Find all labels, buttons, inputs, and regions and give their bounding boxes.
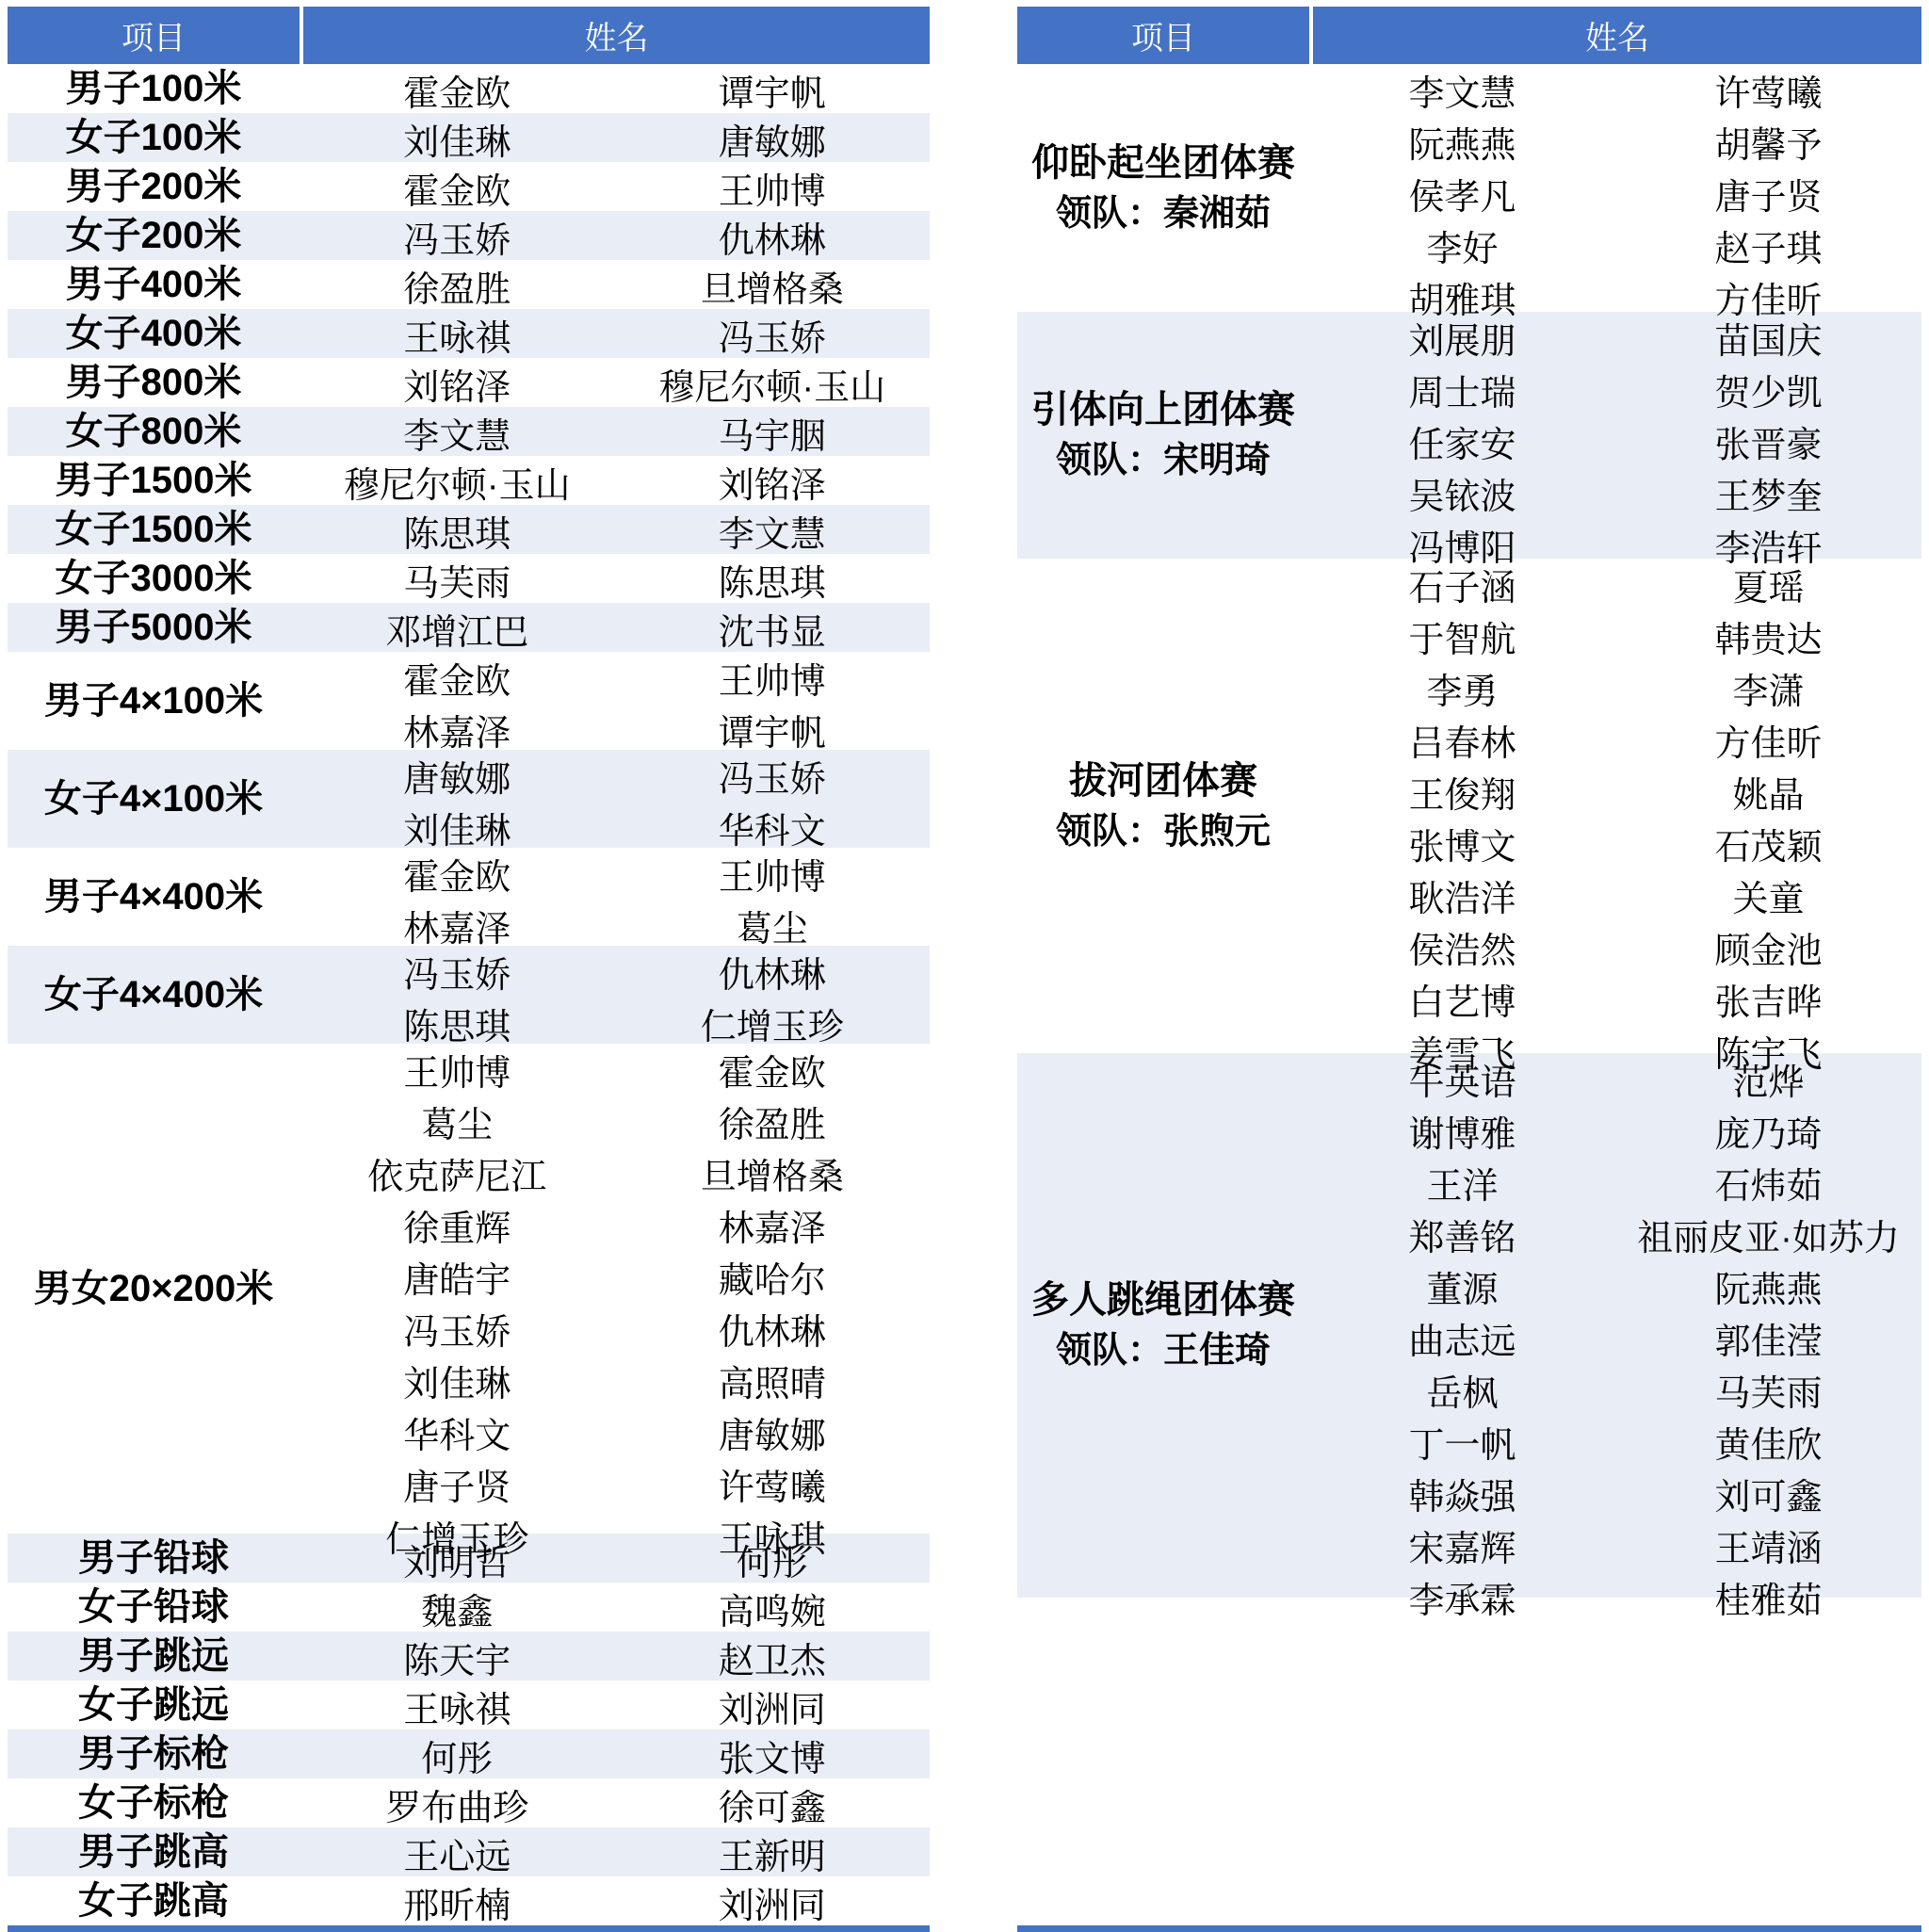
event-row: 男子标枪何彤张文博 bbox=[8, 1729, 930, 1778]
name-line: 唐子贤许莺曦 bbox=[300, 1458, 930, 1510]
left-table-header: 项目 姓名 bbox=[8, 7, 930, 64]
event-row: 男女20×200米王帅博霍金欧葛尘徐盈胜依克萨尼江旦增格桑徐重辉林嘉泽唐皓宇藏哈… bbox=[8, 1044, 930, 1534]
athlete-name: 徐重辉 bbox=[300, 1199, 615, 1251]
name-line: 李文慧许莺曦 bbox=[1309, 64, 1921, 116]
event-row: 女子铅球魏鑫高鸣婉 bbox=[8, 1583, 930, 1632]
athlete-name: 张文博 bbox=[615, 1729, 931, 1781]
athlete-name: 邓增江巴 bbox=[300, 603, 615, 655]
event-row: 女子4×100米唐敏娜冯玉娇刘佳琳华科文 bbox=[8, 750, 930, 848]
athlete-name: 王帅博 bbox=[615, 162, 931, 214]
names-area: 霍金欧王帅博 bbox=[300, 162, 930, 211]
athlete-name: 陈天宇 bbox=[300, 1632, 615, 1683]
name-line: 李好赵子琪 bbox=[1309, 219, 1921, 271]
athlete-name: 张博文 bbox=[1309, 818, 1615, 869]
name-line: 唐敏娜冯玉娇 bbox=[300, 750, 930, 802]
athlete-name: 于智航 bbox=[1309, 610, 1615, 662]
name-line: 葛尘徐盈胜 bbox=[300, 1096, 930, 1147]
name-line: 王心远王新明 bbox=[300, 1827, 930, 1879]
athlete-name: 董源 bbox=[1309, 1260, 1615, 1312]
name-line: 冯玉娇仇林琳 bbox=[300, 1303, 930, 1355]
name-line: 谢博雅庞乃琦 bbox=[1309, 1105, 1921, 1157]
athlete-name: 李文慧 bbox=[615, 505, 931, 557]
athlete-name: 吴铱波 bbox=[1309, 467, 1615, 519]
athlete-name: 旦增格桑 bbox=[615, 260, 931, 312]
team-event-name: 仰卧起坐团体赛 bbox=[1031, 137, 1295, 189]
athlete-name: 石子涵 bbox=[1309, 559, 1615, 610]
event-label: 男子800米 bbox=[8, 358, 300, 407]
name-line: 何彤张文博 bbox=[300, 1729, 930, 1781]
athlete-name: 王帅博 bbox=[615, 848, 931, 900]
event-row: 男子400米徐盈胜旦增格桑 bbox=[8, 260, 930, 309]
event-label: 男子铅球 bbox=[8, 1534, 300, 1583]
name-line: 董源阮燕燕 bbox=[1309, 1260, 1921, 1312]
athlete-name: 唐敏娜 bbox=[300, 750, 615, 802]
athlete-name: 曲志远 bbox=[1309, 1312, 1615, 1364]
event-label: 男子1500米 bbox=[8, 456, 300, 505]
athlete-name: 徐盈胜 bbox=[615, 1096, 931, 1147]
name-line: 刘佳琳高照晴 bbox=[300, 1355, 930, 1406]
names-area: 陈天宇赵卫杰 bbox=[300, 1632, 930, 1680]
athlete-name: 唐子贤 bbox=[300, 1458, 615, 1510]
athlete-name: 旦增格桑 bbox=[615, 1147, 931, 1199]
header-name-column: 姓名 bbox=[303, 7, 930, 64]
name-line: 邓增江巴沈书显 bbox=[300, 603, 930, 655]
names-area: 冯玉娇仇林琳陈思琪仁增玉珍 bbox=[300, 946, 930, 1044]
athlete-name: 马宇胭 bbox=[615, 407, 931, 459]
athlete-name: 吕春林 bbox=[1309, 714, 1615, 766]
event-row: 男子铅球刘明哲何彤 bbox=[8, 1534, 930, 1583]
name-line: 林嘉泽葛尘 bbox=[300, 900, 930, 951]
athlete-name: 丁一帆 bbox=[1309, 1416, 1615, 1468]
next-section-header-strip bbox=[8, 1925, 930, 1932]
athlete-name: 华科文 bbox=[615, 802, 931, 853]
right-team-table: 项目 姓名 仰卧起坐团体赛领队：秦湘茹李文慧许莺曦阮燕燕胡馨予侯孝凡唐子贤李好赵… bbox=[1017, 7, 1921, 1598]
name-line: 耿浩洋关童 bbox=[1309, 869, 1921, 921]
name-line: 侯孝凡唐子贤 bbox=[1309, 168, 1921, 219]
names-area: 王心远王新明 bbox=[300, 1827, 930, 1876]
athlete-name: 刘铭泽 bbox=[615, 456, 931, 508]
athlete-name: 陈思琪 bbox=[300, 505, 615, 557]
athlete-name: 赵子琪 bbox=[1615, 219, 1921, 271]
athlete-name: 牛英语 bbox=[1309, 1053, 1615, 1105]
team-group-row: 多人跳绳团体赛领队：王佳琦牛英语范烨谢博雅庞乃琦王洋石炜茹郑善铭祖丽皮亚·如苏力… bbox=[1017, 1053, 1921, 1598]
athlete-name: 沈书显 bbox=[615, 603, 931, 655]
name-line: 徐盈胜旦增格桑 bbox=[300, 260, 930, 312]
event-row: 女子4×400米冯玉娇仇林琳陈思琪仁增玉珍 bbox=[8, 946, 930, 1044]
left-table-body: 男子100米霍金欧谭宇帆女子100米刘佳琳唐敏娜男子200米霍金欧王帅博女子20… bbox=[8, 64, 930, 1925]
athlete-name: 王靖涵 bbox=[1615, 1519, 1921, 1571]
athlete-name: 白艺博 bbox=[1309, 973, 1615, 1025]
athlete-name: 霍金欧 bbox=[300, 848, 615, 900]
athlete-name: 许莺曦 bbox=[1615, 64, 1921, 116]
event-row: 女子1500米陈思琪李文慧 bbox=[8, 505, 930, 554]
name-line: 侯浩然顾金池 bbox=[1309, 921, 1921, 973]
athlete-name: 谭宇帆 bbox=[615, 64, 931, 116]
name-line: 张博文石茂颖 bbox=[1309, 818, 1921, 869]
name-line: 霍金欧谭宇帆 bbox=[300, 64, 930, 116]
athlete-name: 顾金池 bbox=[1615, 921, 1921, 973]
name-line: 郑善铭祖丽皮亚·如苏力 bbox=[1309, 1209, 1921, 1260]
athlete-name: 韩焱强 bbox=[1309, 1468, 1615, 1519]
name-line: 吕春林方佳昕 bbox=[1309, 714, 1921, 766]
names-area: 牛英语范烨谢博雅庞乃琦王洋石炜茹郑善铭祖丽皮亚·如苏力董源阮燕燕曲志远郭佳滢岳枫… bbox=[1309, 1053, 1921, 1598]
athlete-name: 刘洲同 bbox=[615, 1876, 931, 1928]
roster-page: 项目 姓名 男子100米霍金欧谭宇帆女子100米刘佳琳唐敏娜男子200米霍金欧王… bbox=[0, 0, 1929, 1932]
athlete-name: 仇林琳 bbox=[615, 1303, 931, 1355]
names-area: 王帅博霍金欧葛尘徐盈胜依克萨尼江旦增格桑徐重辉林嘉泽唐皓宇藏哈尔冯玉娇仇林琳刘佳… bbox=[300, 1044, 930, 1534]
event-row: 男子跳远陈天宇赵卫杰 bbox=[8, 1632, 930, 1680]
name-line: 王帅博霍金欧 bbox=[300, 1044, 930, 1096]
athlete-name: 唐皓宇 bbox=[300, 1251, 615, 1303]
event-row: 女子800米李文慧马宇胭 bbox=[8, 407, 930, 456]
event-row: 男子4×100米霍金欧王帅博林嘉泽谭宇帆 bbox=[8, 652, 930, 750]
athlete-name: 李文慧 bbox=[1309, 64, 1615, 116]
event-row: 男子5000米邓增江巴沈书显 bbox=[8, 603, 930, 652]
name-line: 王咏祺刘洲同 bbox=[300, 1680, 930, 1732]
event-label: 女子4×400米 bbox=[8, 946, 300, 1044]
athlete-name: 马芙雨 bbox=[300, 554, 615, 606]
athlete-name: 马芙雨 bbox=[1615, 1364, 1921, 1416]
athlete-name: 赵卫杰 bbox=[615, 1632, 931, 1683]
name-line: 刘佳琳华科文 bbox=[300, 802, 930, 853]
name-line: 王咏祺冯玉娇 bbox=[300, 309, 930, 361]
athlete-name: 葛尘 bbox=[300, 1096, 615, 1147]
athlete-name: 穆尼尔顿·玉山 bbox=[615, 358, 931, 410]
athlete-name: 冯玉娇 bbox=[300, 211, 615, 263]
name-line: 马芙雨陈思琪 bbox=[300, 554, 930, 606]
header-name-column: 姓名 bbox=[1313, 7, 1921, 64]
athlete-name: 李潇 bbox=[1615, 662, 1921, 714]
names-area: 唐敏娜冯玉娇刘佳琳华科文 bbox=[300, 750, 930, 848]
team-leader: 领队：宋明琦 bbox=[1056, 436, 1271, 486]
event-label: 女子100米 bbox=[8, 113, 300, 162]
header-event-column: 项目 bbox=[8, 7, 300, 64]
name-line: 石子涵夏瑶 bbox=[1309, 559, 1921, 610]
name-line: 陈思琪李文慧 bbox=[300, 505, 930, 557]
event-row: 女子100米刘佳琳唐敏娜 bbox=[8, 113, 930, 162]
athlete-name: 郭佳滢 bbox=[1615, 1312, 1921, 1364]
team-event-label: 引体向上团体赛领队：宋明琦 bbox=[1017, 312, 1309, 560]
athlete-name: 阮燕燕 bbox=[1309, 116, 1615, 168]
names-area: 霍金欧王帅博林嘉泽葛尘 bbox=[300, 848, 930, 946]
athlete-name: 王咏祺 bbox=[300, 1680, 615, 1732]
event-row: 男子4×400米霍金欧王帅博林嘉泽葛尘 bbox=[8, 848, 930, 946]
names-area: 霍金欧谭宇帆 bbox=[300, 64, 930, 113]
name-line: 华科文唐敏娜 bbox=[300, 1406, 930, 1458]
name-line: 陈思琪仁增玉珍 bbox=[300, 998, 930, 1049]
names-area: 何彤张文博 bbox=[300, 1729, 930, 1778]
athlete-name: 霍金欧 bbox=[300, 162, 615, 214]
athlete-name: 祖丽皮亚·如苏力 bbox=[1615, 1209, 1921, 1260]
athlete-name: 刘佳琳 bbox=[300, 802, 615, 853]
event-row: 女子标枪罗布曲珍徐可鑫 bbox=[8, 1778, 930, 1827]
event-row: 女子跳高邢昕楠刘洲同 bbox=[8, 1876, 930, 1925]
athlete-name: 张晋豪 bbox=[1615, 415, 1921, 467]
athlete-name: 耿浩洋 bbox=[1309, 869, 1615, 921]
team-event-name: 拔河团体赛 bbox=[1069, 755, 1257, 807]
names-area: 徐盈胜旦增格桑 bbox=[300, 260, 930, 309]
athlete-name: 华科文 bbox=[300, 1406, 615, 1458]
athlete-name: 石炜茹 bbox=[1615, 1157, 1921, 1209]
athlete-name: 岳枫 bbox=[1309, 1364, 1615, 1416]
event-label: 男子4×400米 bbox=[8, 848, 300, 946]
event-row: 女子跳远王咏祺刘洲同 bbox=[8, 1680, 930, 1729]
athlete-name: 范烨 bbox=[1615, 1053, 1921, 1105]
name-line: 周士瑞贺少凯 bbox=[1309, 364, 1921, 415]
event-label: 女子1500米 bbox=[8, 505, 300, 554]
names-area: 王咏祺冯玉娇 bbox=[300, 309, 930, 358]
name-line: 宋嘉辉王靖涵 bbox=[1309, 1519, 1921, 1571]
name-line: 于智航韩贵达 bbox=[1309, 610, 1921, 662]
athlete-name: 谢博雅 bbox=[1309, 1105, 1615, 1157]
event-label: 女子跳远 bbox=[8, 1680, 300, 1729]
names-area: 马芙雨陈思琪 bbox=[300, 554, 930, 603]
athlete-name: 唐敏娜 bbox=[615, 113, 931, 165]
name-line: 刘佳琳唐敏娜 bbox=[300, 113, 930, 165]
event-label: 女子跳高 bbox=[8, 1876, 300, 1925]
athlete-name: 夏瑶 bbox=[1615, 559, 1921, 610]
name-line: 徐重辉林嘉泽 bbox=[300, 1199, 930, 1251]
event-label: 男子200米 bbox=[8, 162, 300, 211]
event-label: 女子800米 bbox=[8, 407, 300, 456]
athlete-name: 王新明 bbox=[615, 1827, 931, 1879]
athlete-name: 冯玉娇 bbox=[300, 946, 615, 998]
event-label: 男子跳高 bbox=[8, 1827, 300, 1876]
name-line: 冯玉娇仇林琳 bbox=[300, 946, 930, 998]
athlete-name: 陈思琪 bbox=[300, 998, 615, 1049]
athlete-name: 任家安 bbox=[1309, 415, 1615, 467]
event-label: 女子200米 bbox=[8, 211, 300, 260]
names-area: 李文慧许莺曦阮燕燕胡馨予侯孝凡唐子贤李好赵子琪胡雅琪方佳昕 bbox=[1309, 64, 1921, 312]
athlete-name: 陈思琪 bbox=[615, 554, 931, 606]
athlete-name: 王心远 bbox=[300, 1827, 615, 1879]
name-line: 岳枫马芙雨 bbox=[1309, 1364, 1921, 1416]
header-event-column: 项目 bbox=[1017, 7, 1309, 64]
team-group-row: 仰卧起坐团体赛领队：秦湘茹李文慧许莺曦阮燕燕胡馨予侯孝凡唐子贤李好赵子琪胡雅琪方… bbox=[1017, 64, 1921, 312]
athlete-name: 王洋 bbox=[1309, 1157, 1615, 1209]
event-label: 女子400米 bbox=[8, 309, 300, 358]
names-area: 刘铭泽穆尼尔顿·玉山 bbox=[300, 358, 930, 407]
event-label: 女子标枪 bbox=[8, 1778, 300, 1827]
name-line: 邢昕楠刘洲同 bbox=[300, 1876, 930, 1928]
athlete-name: 仇林琳 bbox=[615, 211, 931, 263]
athlete-name: 姚晶 bbox=[1615, 766, 1921, 818]
name-line: 任家安张晋豪 bbox=[1309, 415, 1921, 467]
athlete-name: 桂雅茹 bbox=[1615, 1571, 1921, 1623]
athlete-name: 谭宇帆 bbox=[615, 704, 931, 755]
event-label: 女子铅球 bbox=[8, 1583, 300, 1632]
athlete-name: 仁增玉珍 bbox=[615, 998, 931, 1049]
names-area: 刘明哲何彤 bbox=[300, 1534, 930, 1583]
athlete-name: 冯玉娇 bbox=[300, 1303, 615, 1355]
team-event-name: 引体向上团体赛 bbox=[1031, 383, 1295, 436]
right-table-body: 仰卧起坐团体赛领队：秦湘茹李文慧许莺曦阮燕燕胡馨予侯孝凡唐子贤李好赵子琪胡雅琪方… bbox=[1017, 64, 1921, 1598]
athlete-name: 仇林琳 bbox=[615, 946, 931, 998]
names-area: 霍金欧王帅博林嘉泽谭宇帆 bbox=[300, 652, 930, 750]
names-area: 陈思琪李文慧 bbox=[300, 505, 930, 554]
team-leader: 领队：秦湘茹 bbox=[1056, 189, 1271, 239]
names-area: 石子涵夏瑶于智航韩贵达李勇李潇吕春林方佳昕王俊翔姚晶张博文石茂颖耿浩洋关童侯浩然… bbox=[1309, 559, 1921, 1053]
athlete-name: 许莺曦 bbox=[615, 1458, 931, 1510]
name-line: 霍金欧王帅博 bbox=[300, 848, 930, 900]
athlete-name: 依克萨尼江 bbox=[300, 1147, 615, 1199]
right-table-header: 项目 姓名 bbox=[1017, 7, 1921, 64]
athlete-name: 罗布曲珍 bbox=[300, 1778, 615, 1830]
athlete-name: 刘铭泽 bbox=[300, 358, 615, 410]
name-line: 丁一帆黄佳欣 bbox=[1309, 1416, 1921, 1468]
event-row: 女子3000米马芙雨陈思琪 bbox=[8, 554, 930, 603]
team-leader: 领队：张煦元 bbox=[1056, 807, 1271, 857]
athlete-name: 徐盈胜 bbox=[300, 260, 615, 312]
name-line: 罗布曲珍徐可鑫 bbox=[300, 1778, 930, 1830]
name-line: 霍金欧王帅博 bbox=[300, 162, 930, 214]
athlete-name: 林嘉泽 bbox=[300, 704, 615, 755]
team-event-label: 多人跳绳团体赛领队：王佳琦 bbox=[1017, 1053, 1309, 1598]
athlete-name: 高照晴 bbox=[615, 1355, 931, 1406]
name-line: 阮燕燕胡馨予 bbox=[1309, 116, 1921, 168]
name-line: 魏鑫高鸣婉 bbox=[300, 1583, 930, 1634]
name-line: 王俊翔姚晶 bbox=[1309, 766, 1921, 818]
event-row: 女子400米王咏祺冯玉娇 bbox=[8, 309, 930, 358]
athlete-name: 郑善铭 bbox=[1309, 1209, 1615, 1260]
name-line: 曲志远郭佳滢 bbox=[1309, 1312, 1921, 1364]
athlete-name: 韩贵达 bbox=[1615, 610, 1921, 662]
event-row: 男子800米刘铭泽穆尼尔顿·玉山 bbox=[8, 358, 930, 407]
athlete-name: 王梦奎 bbox=[1615, 467, 1921, 519]
name-line: 刘铭泽穆尼尔顿·玉山 bbox=[300, 358, 930, 410]
event-label: 男女20×200米 bbox=[8, 1044, 300, 1534]
names-area: 魏鑫高鸣婉 bbox=[300, 1583, 930, 1632]
athlete-name: 魏鑫 bbox=[300, 1583, 615, 1634]
name-line: 刘展朋苗国庆 bbox=[1309, 312, 1921, 364]
athlete-name: 冯玉娇 bbox=[615, 309, 931, 361]
next-section-header-strip bbox=[1017, 1925, 1921, 1932]
athlete-name: 何彤 bbox=[300, 1729, 615, 1781]
athlete-name: 葛尘 bbox=[615, 900, 931, 951]
name-line: 冯玉娇仇林琳 bbox=[300, 211, 930, 263]
athlete-name: 刘洲同 bbox=[615, 1680, 931, 1732]
event-label: 女子4×100米 bbox=[8, 750, 300, 848]
athlete-name: 阮燕燕 bbox=[1615, 1260, 1921, 1312]
left-event-table: 项目 姓名 男子100米霍金欧谭宇帆女子100米刘佳琳唐敏娜男子200米霍金欧王… bbox=[8, 7, 930, 1925]
event-label: 男子标枪 bbox=[8, 1729, 300, 1778]
names-area: 刘佳琳唐敏娜 bbox=[300, 113, 930, 162]
name-line: 白艺博张吉晔 bbox=[1309, 973, 1921, 1025]
names-area: 穆尼尔顿·玉山刘铭泽 bbox=[300, 456, 930, 505]
name-line: 王洋石炜茹 bbox=[1309, 1157, 1921, 1209]
event-row: 男子100米霍金欧谭宇帆 bbox=[8, 64, 930, 113]
name-line: 李文慧马宇胭 bbox=[300, 407, 930, 459]
athlete-name: 张吉晔 bbox=[1615, 973, 1921, 1025]
event-row: 男子1500米穆尼尔顿·玉山刘铭泽 bbox=[8, 456, 930, 505]
athlete-name: 刘佳琳 bbox=[300, 113, 615, 165]
name-line: 李勇李潇 bbox=[1309, 662, 1921, 714]
team-group-row: 拔河团体赛领队：张煦元石子涵夏瑶于智航韩贵达李勇李潇吕春林方佳昕王俊翔姚晶张博文… bbox=[1017, 559, 1921, 1053]
athlete-name: 侯浩然 bbox=[1309, 921, 1615, 973]
event-label: 女子3000米 bbox=[8, 554, 300, 603]
athlete-name: 石茂颖 bbox=[1615, 818, 1921, 869]
team-event-name: 多人跳绳团体赛 bbox=[1031, 1274, 1295, 1326]
name-line: 韩焱强刘可鑫 bbox=[1309, 1468, 1921, 1519]
names-area: 罗布曲珍徐可鑫 bbox=[300, 1778, 930, 1827]
names-area: 刘展朋苗国庆周士瑞贺少凯任家安张晋豪吴铱波王梦奎冯博阳李浩轩 bbox=[1309, 312, 1921, 560]
athlete-name: 王俊翔 bbox=[1309, 766, 1615, 818]
athlete-name: 林嘉泽 bbox=[615, 1199, 931, 1251]
athlete-name: 徐可鑫 bbox=[615, 1778, 931, 1830]
athlete-name: 唐敏娜 bbox=[615, 1406, 931, 1458]
team-leader: 领队：王佳琦 bbox=[1056, 1326, 1271, 1376]
athlete-name: 李好 bbox=[1309, 219, 1615, 271]
athlete-name: 王咏祺 bbox=[300, 309, 615, 361]
team-group-row: 引体向上团体赛领队：宋明琦刘展朋苗国庆周士瑞贺少凯任家安张晋豪吴铱波王梦奎冯博阳… bbox=[1017, 312, 1921, 560]
athlete-name: 王帅博 bbox=[300, 1044, 615, 1096]
athlete-name: 周士瑞 bbox=[1309, 364, 1615, 415]
athlete-name: 霍金欧 bbox=[300, 652, 615, 704]
athlete-name: 何彤 bbox=[615, 1534, 931, 1585]
event-row: 女子200米冯玉娇仇林琳 bbox=[8, 211, 930, 260]
event-label: 男子跳远 bbox=[8, 1632, 300, 1680]
name-line: 牛英语范烨 bbox=[1309, 1053, 1921, 1105]
names-area: 王咏祺刘洲同 bbox=[300, 1680, 930, 1729]
athlete-name: 藏哈尔 bbox=[615, 1251, 931, 1303]
event-label: 男子4×100米 bbox=[8, 652, 300, 750]
names-area: 李文慧马宇胭 bbox=[300, 407, 930, 456]
name-line: 吴铱波王梦奎 bbox=[1309, 467, 1921, 519]
name-line: 霍金欧王帅博 bbox=[300, 652, 930, 704]
event-label: 男子400米 bbox=[8, 260, 300, 309]
name-line: 依克萨尼江旦增格桑 bbox=[300, 1147, 930, 1199]
athlete-name: 霍金欧 bbox=[300, 64, 615, 116]
athlete-name: 李文慧 bbox=[300, 407, 615, 459]
athlete-name: 穆尼尔顿·玉山 bbox=[300, 456, 615, 508]
athlete-name: 霍金欧 bbox=[615, 1044, 931, 1096]
athlete-name: 苗国庆 bbox=[1615, 312, 1921, 364]
name-line: 唐皓宇藏哈尔 bbox=[300, 1251, 930, 1303]
name-line: 刘明哲何彤 bbox=[300, 1534, 930, 1585]
event-label: 男子100米 bbox=[8, 64, 300, 113]
athlete-name: 胡馨予 bbox=[1615, 116, 1921, 168]
name-line: 陈天宇赵卫杰 bbox=[300, 1632, 930, 1683]
athlete-name: 高鸣婉 bbox=[615, 1583, 931, 1634]
athlete-name: 李承霖 bbox=[1309, 1571, 1615, 1623]
team-event-label: 仰卧起坐团体赛领队：秦湘茹 bbox=[1017, 64, 1309, 312]
team-event-label: 拔河团体赛领队：张煦元 bbox=[1017, 559, 1309, 1053]
names-area: 邢昕楠刘洲同 bbox=[300, 1876, 930, 1925]
athlete-name: 邢昕楠 bbox=[300, 1876, 615, 1928]
athlete-name: 刘可鑫 bbox=[1615, 1468, 1921, 1519]
athlete-name: 贺少凯 bbox=[1615, 364, 1921, 415]
event-row: 男子200米霍金欧王帅博 bbox=[8, 162, 930, 211]
name-line: 穆尼尔顿·玉山刘铭泽 bbox=[300, 456, 930, 508]
names-area: 邓增江巴沈书显 bbox=[300, 603, 930, 652]
athlete-name: 宋嘉辉 bbox=[1309, 1519, 1615, 1571]
athlete-name: 方佳昕 bbox=[1615, 714, 1921, 766]
athlete-name: 刘佳琳 bbox=[300, 1355, 615, 1406]
athlete-name: 刘展朋 bbox=[1309, 312, 1615, 364]
athlete-name: 庞乃琦 bbox=[1615, 1105, 1921, 1157]
athlete-name: 李勇 bbox=[1309, 662, 1615, 714]
event-label: 男子5000米 bbox=[8, 603, 300, 652]
athlete-name: 王帅博 bbox=[615, 652, 931, 704]
event-row: 男子跳高王心远王新明 bbox=[8, 1827, 930, 1876]
name-line: 李承霖桂雅茹 bbox=[1309, 1571, 1921, 1623]
name-line: 林嘉泽谭宇帆 bbox=[300, 704, 930, 755]
athlete-name: 唐子贤 bbox=[1615, 168, 1921, 219]
names-area: 冯玉娇仇林琳 bbox=[300, 211, 930, 260]
athlete-name: 黄佳欣 bbox=[1615, 1416, 1921, 1468]
athlete-name: 侯孝凡 bbox=[1309, 168, 1615, 219]
athlete-name: 关童 bbox=[1615, 869, 1921, 921]
